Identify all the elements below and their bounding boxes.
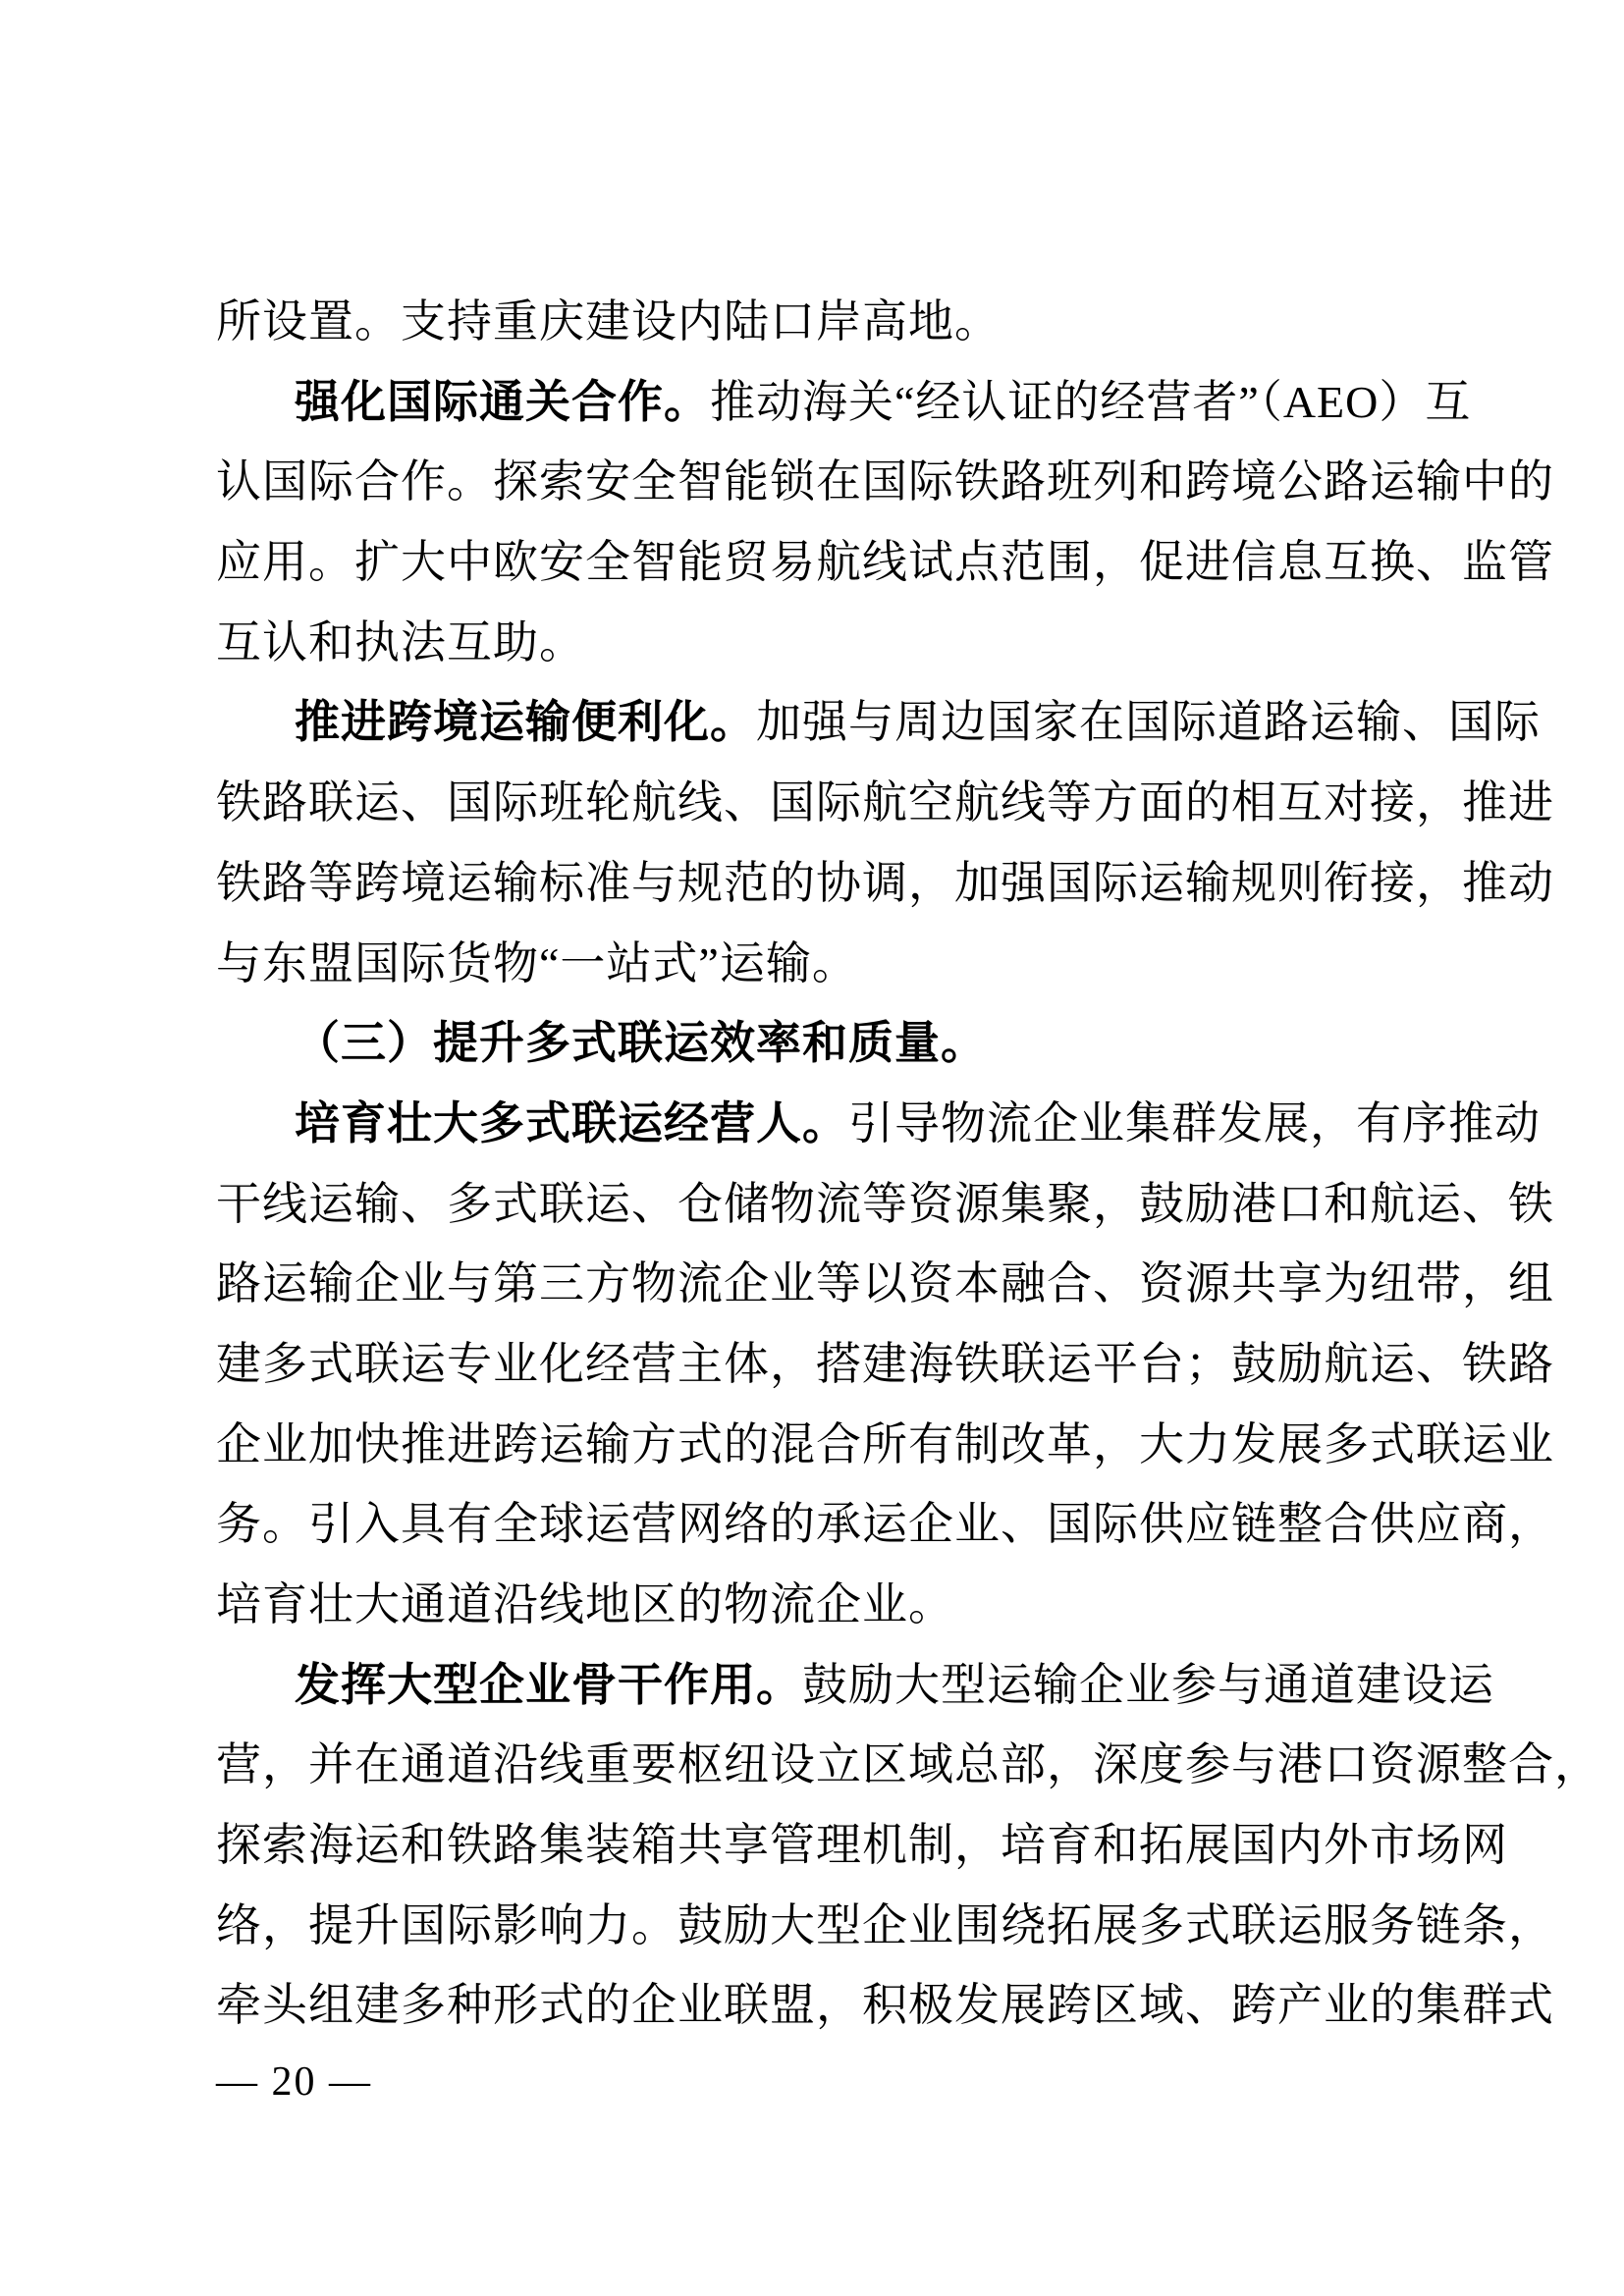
text-line: 互认和执法互助。 <box>216 603 1409 683</box>
text-line: 应用。扩大中欧安全智能贸易航线试点范围，促进信息互换、监管 <box>216 522 1409 603</box>
text-line: 发挥大型企业骨干作用。鼓励大型运输企业参与通道建设运 <box>216 1645 1409 1726</box>
line-text: 引导物流企业集群发展，有序推动 <box>848 1098 1541 1148</box>
text-line: 培育壮大通道沿线地区的物流企业。 <box>216 1565 1409 1645</box>
text-line: 干线运输、多式联运、仓储物流等资源集聚，鼓励港口和航运、铁 <box>216 1164 1409 1245</box>
text-line: 探索海运和铁路集装箱共享管理机制，培育和拓展国内外市场网 <box>216 1805 1409 1886</box>
line-text: 推动海关“经认证的经营者”（AEO）互 <box>710 377 1471 427</box>
line-text: 加强与周边国家在国际道路运输、国际 <box>756 697 1541 747</box>
text-line: 建多式联运专业化经营主体，搭建海铁联运平台；鼓励航运、铁路 <box>216 1324 1409 1405</box>
text-line: 铁路联运、国际班轮航线、国际航空航线等方面的相互对接，推进 <box>216 763 1409 843</box>
text-line: 牵头组建多种形式的企业联盟，积极发展跨区域、跨产业的集群式 <box>216 1965 1409 2046</box>
text-line: 与东盟国际货物“一站式”运输。 <box>216 924 1409 1004</box>
text-line: 强化国际通关合作。推动海关“经认证的经营者”（AEO）互 <box>216 362 1409 443</box>
text-line: 培育壮大多式联运经营人。引导物流企业集群发展，有序推动 <box>216 1084 1409 1164</box>
paragraph-lead: 培育壮大多式联运经营人。 <box>295 1098 848 1148</box>
section-heading: （三）提升多式联运效率和质量。 <box>216 1003 1409 1084</box>
text-line: 企业加快推进跨运输方式的混合所有制改革，大力发展多式联运业 <box>216 1405 1409 1485</box>
text-line: 所设置。支持重庆建设内陆口岸高地。 <box>216 282 1409 362</box>
text-line: 推进跨境运输便利化。加强与周边国家在国际道路运输、国际 <box>216 682 1409 763</box>
text-line: 络，提升国际影响力。鼓励大型企业围绕拓展多式联运服务链条， <box>216 1886 1409 1966</box>
paragraph-lead: 发挥大型企业骨干作用。 <box>295 1660 802 1710</box>
text-body: 所设置。支持重庆建设内陆口岸高地。强化国际通关合作。推动海关“经认证的经营者”（… <box>216 282 1409 2046</box>
text-line: 路运输企业与第三方物流企业等以资本融合、资源共享为纽带，组 <box>216 1244 1409 1324</box>
text-line: 务。引入具有全球运营网络的承运企业、国际供应链整合供应商， <box>216 1484 1409 1565</box>
document-page: 所设置。支持重庆建设内陆口岸高地。强化国际通关合作。推动海关“经认证的经营者”（… <box>0 0 1624 2296</box>
paragraph-lead: 强化国际通关合作。 <box>295 377 710 427</box>
line-text: 鼓励大型运输企业参与通道建设运 <box>802 1660 1494 1710</box>
paragraph-lead: 推进跨境运输便利化。 <box>295 697 756 747</box>
text-line: 铁路等跨境运输标准与规范的协调，加强国际运输规则衔接，推动 <box>216 843 1409 924</box>
text-line: 认国际合作。探索安全智能锁在国际铁路班列和跨境公路运输中的 <box>216 442 1409 522</box>
text-line: 营，并在通道沿线重要枢纽设立区域总部，深度参与港口资源整合， <box>216 1725 1409 1805</box>
page-number: — 20 — <box>216 2057 372 2107</box>
